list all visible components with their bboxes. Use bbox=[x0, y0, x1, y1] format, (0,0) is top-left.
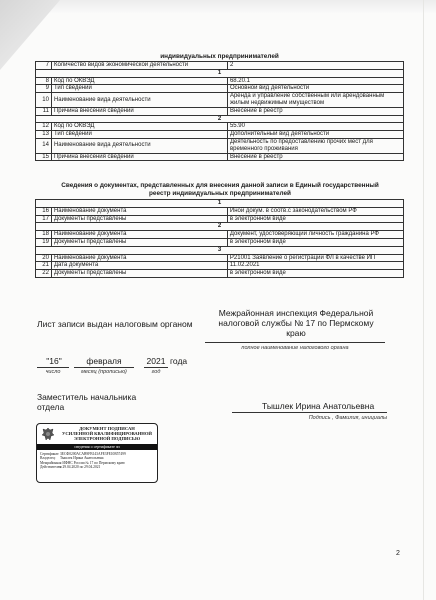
row-label: Причина внесения сведений bbox=[51, 107, 227, 115]
day-underline bbox=[37, 367, 69, 368]
table-row: 12Код по ОКВЭД55.90 bbox=[36, 123, 404, 131]
row-number: 18 bbox=[36, 231, 52, 239]
tax-authority-name: Межрайонная инспекция Федеральной налого… bbox=[206, 308, 386, 338]
section-number: 2 bbox=[36, 223, 404, 231]
row-value: Внесение в реестр bbox=[227, 153, 403, 161]
activity-table: 7Количество видов экономической деятельн… bbox=[35, 61, 404, 161]
position-line-2: отдела bbox=[37, 402, 136, 412]
row-number: 10 bbox=[36, 93, 52, 108]
documents-table: 116Наименование документаИной докум. в с… bbox=[35, 199, 404, 278]
row-label: Код по ОКВЭД bbox=[51, 123, 227, 131]
row-label: Документы представлены bbox=[51, 270, 227, 278]
authority-line-1: Межрайонная инспекция Федеральной bbox=[206, 308, 386, 318]
row-value: 55.90 bbox=[227, 123, 403, 131]
row-number: 7 bbox=[36, 62, 52, 70]
section-number: 1 bbox=[36, 200, 404, 208]
signer-name: Тышлек Ирина Анатольевна bbox=[262, 401, 374, 411]
row-value: Дополнительный вид деятельности bbox=[227, 131, 403, 139]
row-number: 14 bbox=[36, 138, 52, 153]
valid-value: с 29.04.2020 по 29.04.2021 bbox=[60, 465, 100, 469]
row-value: Деятельность по предоставлению прочих ме… bbox=[227, 138, 403, 153]
table-row: 17Документы представленыв электронном ви… bbox=[36, 215, 404, 223]
row-value: Аренда и управление собственным или арен… bbox=[227, 93, 403, 108]
row-value: Основной вид деятельности bbox=[227, 85, 403, 93]
authority-line-2: налоговой службы № 17 по Пермскому bbox=[206, 318, 386, 328]
date-suffix: года bbox=[170, 356, 187, 366]
row-number: 19 bbox=[36, 238, 52, 246]
signer-position: Заместитель начальника отдела bbox=[37, 392, 136, 412]
section-number: 3 bbox=[36, 246, 404, 254]
row-number: 15 bbox=[36, 153, 52, 161]
row-value: Документ, удостоверяющий личность гражда… bbox=[227, 231, 403, 239]
section-row: 2 bbox=[36, 223, 404, 231]
row-label: Количество видов экономической деятельно… bbox=[51, 62, 227, 70]
table-row: 8Код по ОКВЭД68.20.1 bbox=[36, 77, 404, 85]
row-number: 20 bbox=[36, 254, 52, 262]
signature-underline bbox=[232, 412, 387, 413]
row-value: Р21001 Заявление о регистрации ФЛ в каче… bbox=[227, 254, 403, 262]
row-value: Внесение в реестр bbox=[227, 107, 403, 115]
row-number: 13 bbox=[36, 131, 52, 139]
page-edge bbox=[423, 0, 424, 600]
row-number: 9 bbox=[36, 85, 52, 93]
row-number: 8 bbox=[36, 77, 52, 85]
row-number: 22 bbox=[36, 270, 52, 278]
valid-key: Действителен: bbox=[40, 465, 60, 469]
day-caption: число bbox=[37, 369, 69, 375]
stamp-title-3: ЭЛЕКТРОННОЙ ПОДПИСЬЮ bbox=[59, 436, 155, 441]
row-label: Наименование вида деятельности bbox=[51, 93, 227, 108]
signer-caption: Подпись , Фамилия, инициалы bbox=[232, 415, 387, 421]
table-row: 9Тип сведенийОсновной вид деятельности bbox=[36, 85, 404, 93]
row-value: в электронном виде bbox=[227, 238, 403, 246]
month-underline bbox=[74, 367, 134, 368]
table-row: 18Наименование документаДокумент, удосто… bbox=[36, 231, 404, 239]
row-label: Документы представлены bbox=[51, 215, 227, 223]
table-row: 16Наименование документаИной докум. в со… bbox=[36, 207, 404, 215]
documents-heading: Сведения о документах, представленных дл… bbox=[60, 182, 380, 198]
authority-caption: полное наименование налогового органа bbox=[205, 345, 385, 351]
section-row: 2 bbox=[36, 115, 404, 123]
row-value: 2 bbox=[227, 62, 403, 70]
year-caption: год bbox=[144, 369, 168, 375]
section-number: 1 bbox=[36, 69, 404, 77]
row-label: Наименование документа bbox=[51, 207, 227, 215]
section-row: 1 bbox=[36, 200, 404, 208]
date-month: февраля bbox=[74, 356, 134, 366]
row-label: Наименование вида деятельности bbox=[51, 138, 227, 153]
row-value: 68.20.1 bbox=[227, 77, 403, 85]
stamp-details: Сертификат:3ECФ0200ACAB9FB143AFE3FE10B57… bbox=[40, 452, 126, 470]
year-underline bbox=[144, 367, 168, 368]
section-row: 3 bbox=[36, 246, 404, 254]
page-number: 2 bbox=[396, 550, 400, 557]
section-number: 2 bbox=[36, 115, 404, 123]
row-label: Причина внесения сведений bbox=[51, 153, 227, 161]
table-row: 22Документы представленыв электронном ви… bbox=[36, 270, 404, 278]
position-line-1: Заместитель начальника bbox=[37, 392, 136, 402]
coat-of-arms-icon bbox=[40, 426, 56, 442]
row-label: Наименование документа bbox=[51, 231, 227, 239]
issued-by-label: Лист записи выдан налоговым органом bbox=[37, 319, 193, 329]
row-number: 16 bbox=[36, 207, 52, 215]
stamp-title: ДОКУМЕНТ ПОДПИСАН УСИЛЕННОЙ КВАЛИФИЦИРОВ… bbox=[59, 426, 155, 441]
table-row: 15Причина внесения сведенийВнесение в ре… bbox=[36, 153, 404, 161]
table-row: 14Наименование вида деятельностиДеятельн… bbox=[36, 138, 404, 153]
row-number: 12 bbox=[36, 123, 52, 131]
date-day: "16" bbox=[40, 356, 68, 366]
row-label: Документы представлены bbox=[51, 238, 227, 246]
authority-line-3: краю bbox=[206, 328, 386, 338]
table-row: 21Дата документа11.02.2021 bbox=[36, 262, 404, 270]
cert-value: 3ECФ0200ACAB9FB143AFE3FE10B57499 bbox=[60, 452, 126, 456]
owner-value: Тышлек Ирина Анатольевна bbox=[60, 456, 104, 460]
table-row: 11Причина внесения сведенийВнесение в ре… bbox=[36, 107, 404, 115]
month-caption: месяц (прописью) bbox=[74, 369, 134, 375]
row-label: Дата документа bbox=[51, 262, 227, 270]
table-row: 19Документы представленыв электронном ви… bbox=[36, 238, 404, 246]
row-value: в электронном виде bbox=[227, 270, 403, 278]
table-row: 7Количество видов экономической деятельн… bbox=[36, 62, 404, 70]
row-value: Иной докум. в соотв.с законодательством … bbox=[227, 207, 403, 215]
row-number: 11 bbox=[36, 107, 52, 115]
row-number: 17 bbox=[36, 215, 52, 223]
row-value: 11.02.2021 bbox=[227, 262, 403, 270]
date-year: 2021 bbox=[144, 356, 168, 366]
section-row: 1 bbox=[36, 69, 404, 77]
row-label: Код по ОКВЭД bbox=[51, 77, 227, 85]
table-heading-continuation: индивидуальных предпринимателей bbox=[35, 53, 404, 60]
scan-shadow bbox=[0, 0, 436, 14]
electronic-signature-stamp: ДОКУМЕНТ ПОДПИСАН УСИЛЕННОЙ КВАЛИФИЦИРОВ… bbox=[36, 423, 158, 483]
stamp-bar: сведения о сертификате эп bbox=[37, 444, 157, 450]
row-label: Наименование документа bbox=[51, 254, 227, 262]
row-label: Тип сведений bbox=[51, 85, 227, 93]
row-value: в электронном виде bbox=[227, 215, 403, 223]
row-number: 21 bbox=[36, 262, 52, 270]
authority-underline bbox=[205, 342, 385, 343]
table-row: 10Наименование вида деятельностиАренда и… bbox=[36, 93, 404, 108]
table-row: 20Наименование документаР21001 Заявление… bbox=[36, 254, 404, 262]
table-row: 13Тип сведенийДополнительный вид деятель… bbox=[36, 131, 404, 139]
row-label: Тип сведений bbox=[51, 131, 227, 139]
